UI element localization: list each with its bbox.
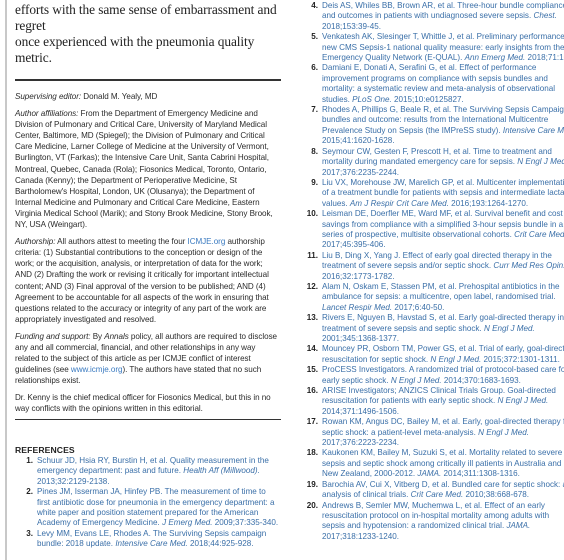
journal-name: Am J Respir Crit Care Med.: [350, 199, 449, 208]
reference-text[interactable]: Deis AS, Whiles BB, Brown AR, et al. Thr…: [322, 1, 564, 32]
journal-name: Lancet Respir Med.: [322, 303, 392, 312]
reference-text[interactable]: Kaukonen KM, Bailey M, Suzuki S, et al. …: [322, 448, 564, 479]
journal-name: Ann Emerg Med.: [465, 53, 526, 62]
journal-name: JAMA.: [506, 521, 530, 530]
reference-item[interactable]: 2.Pines JM, Isserman JA, Hinfey PB. The …: [15, 487, 281, 529]
references-list-left: 1.Schuur JD, Hsia RY, Burstin H, et al. …: [15, 456, 281, 550]
reference-number: 17.: [300, 417, 322, 448]
reference-citation: 2018;44:925-928.: [188, 539, 254, 548]
reference-item[interactable]: 7.Rhodes A, Phillips G, Beale R, et al. …: [300, 105, 564, 147]
right-column: 4.Deis AS, Whiles BB, Brown AR, et al. T…: [300, 0, 564, 542]
journal-name: Intensive Care Med.: [115, 539, 187, 548]
reference-text[interactable]: Mouncey PR, Osborn TM, Power GS, et al. …: [322, 344, 564, 365]
reference-item[interactable]: 16.ARISE Investigators; ANZICS Clinical …: [300, 386, 564, 417]
reference-text[interactable]: ARISE Investigators; ANZICS Clinical Tri…: [322, 386, 564, 417]
reference-number: 12.: [300, 282, 322, 313]
reference-number: 8.: [300, 147, 322, 178]
reference-item[interactable]: 1.Schuur JD, Hsia RY, Burstin H, et al. …: [15, 456, 281, 487]
journal-name: N Engl J Med.: [497, 396, 548, 405]
left-column: efforts with the same sense of embarrass…: [15, 0, 281, 550]
reference-number: 14.: [300, 344, 322, 365]
reference-number: 9.: [300, 178, 322, 209]
reference-text[interactable]: Andrews B, Semler MW, Muchemwa L, et al.…: [322, 501, 564, 543]
reference-number: 13.: [300, 313, 322, 344]
reference-number: 4.: [300, 1, 322, 32]
icmje-link[interactable]: ICMJE.org: [188, 237, 226, 246]
reference-number: 6.: [300, 63, 322, 105]
reference-text[interactable]: Pines JM, Isserman JA, Hinfey PB. The me…: [37, 487, 281, 529]
reference-item[interactable]: 8.Seymour CW, Gesten F, Prescott H, et a…: [300, 147, 564, 178]
icmje-website-link[interactable]: www.icmje.org: [71, 365, 123, 374]
footnote-divider-top: [15, 79, 281, 81]
journal-name: Curr Med Res Opin.: [493, 261, 564, 270]
reference-item[interactable]: 5.Venkatesh AK, Slesinger T, Whittle J, …: [300, 32, 564, 63]
reference-number: 11.: [300, 251, 322, 282]
disclosure-note: Dr. Kenny is the chief medical officer f…: [15, 392, 281, 414]
footnote-divider-bottom: [15, 419, 281, 421]
reference-item[interactable]: 17.Rowan KM, Angus DC, Bailey M, et al. …: [300, 417, 564, 448]
page-left-border: [5, 0, 7, 560]
reference-number: 3.: [15, 529, 37, 550]
reference-number: 1.: [15, 456, 37, 487]
reference-text[interactable]: Rhodes A, Phillips G, Beale R, et al. Th…: [322, 105, 564, 147]
body-paragraph-end: efforts with the same sense of embarrass…: [15, 2, 281, 66]
reference-number: 7.: [300, 105, 322, 147]
journal-name: Intensive Care Med.: [503, 126, 564, 135]
reference-text[interactable]: Liu B, Ding X, Yang J. Effect of early g…: [322, 251, 564, 282]
reference-text[interactable]: Seymour CW, Gesten F, Prescott H, et al.…: [322, 147, 564, 178]
reference-citation: 2009;37:335-340.: [212, 518, 278, 527]
reference-text[interactable]: ProCESS Investigators. A randomized tria…: [322, 365, 564, 386]
reference-item[interactable]: 15.ProCESS Investigators. A randomized t…: [300, 365, 564, 386]
journal-name: Chest.: [533, 11, 556, 20]
body-line-2: once experienced with the pneumonia qual…: [15, 34, 254, 65]
reference-item[interactable]: 4.Deis AS, Whiles BB, Brown AR, et al. T…: [300, 1, 564, 32]
author-affiliations-note: Author affiliations: From the Department…: [15, 108, 281, 230]
reference-number: 19.: [300, 480, 322, 501]
reference-text[interactable]: Alam N, Oskam E, Stassen PM, et al. Preh…: [322, 282, 564, 313]
reference-citation: 2013;32:2129-2138.: [37, 477, 109, 486]
references-heading: REFERENCES: [15, 445, 281, 455]
supervising-editor-value: Donald M. Yealy, MD: [83, 92, 157, 101]
journal-name: N Engl J Med.: [484, 324, 535, 333]
funding-label: Funding and support:: [15, 332, 91, 341]
affiliations-label: Author affiliations:: [15, 109, 78, 118]
journal-name: N Engl J Med.: [430, 355, 481, 364]
reference-text[interactable]: Schuur JD, Hsia RY, Burstin H, et al. Qu…: [37, 456, 281, 487]
affiliations-value: From the Department of Emergency Medicin…: [15, 109, 273, 229]
reference-item[interactable]: 20.Andrews B, Semler MW, Muchemwa L, et …: [300, 501, 564, 543]
journal-name: N Engl J Med.: [517, 157, 564, 166]
authorship-text-pre: All authors attest to meeting the four: [57, 237, 187, 246]
reference-number: 10.: [300, 209, 322, 251]
reference-text[interactable]: Rivers E, Nguyen B, Havstad S, et al. Ea…: [322, 313, 564, 344]
reference-number: 5.: [300, 32, 322, 63]
funding-note: Funding and support: By Annals policy, a…: [15, 331, 281, 386]
journal-name: J Emerg Med.: [162, 518, 212, 527]
journal-name: N Engl J Med.: [478, 428, 529, 437]
journal-name: Health Aff (Millwood).: [183, 466, 260, 475]
authorship-text-post: authorship criteria: (1) Substantial con…: [15, 237, 269, 324]
journal-name: Crit Care Med.: [411, 490, 464, 499]
reference-number: 15.: [300, 365, 322, 386]
reference-text[interactable]: Leisman DE, Doerfler ME, Ward MF, et al.…: [322, 209, 564, 251]
journal-name: N Engl J Med.: [391, 376, 442, 385]
reference-item[interactable]: 18.Kaukonen KM, Bailey M, Suzuki S, et a…: [300, 448, 564, 479]
reference-item[interactable]: 9.Liu VX, Morehouse JW, Marelich GP, et …: [300, 178, 564, 209]
references-list-right: 4.Deis AS, Whiles BB, Brown AR, et al. T…: [300, 1, 564, 542]
reference-text[interactable]: Levy MM, Evans LE, Rhodes A. The Survivi…: [37, 529, 281, 550]
reference-item[interactable]: 11.Liu B, Ding X, Yang J. Effect of earl…: [300, 251, 564, 282]
reference-number: 16.: [300, 386, 322, 417]
annals-italic: Annals: [104, 332, 128, 341]
body-line-1: efforts with the same sense of embarrass…: [15, 2, 277, 33]
article-page: efforts with the same sense of embarrass…: [0, 0, 564, 560]
reference-text[interactable]: Venkatesh AK, Slesinger T, Whittle J, et…: [322, 32, 564, 63]
journal-name: Crit Care Med.: [514, 230, 564, 239]
authorship-note: Authorship: All authors attest to meetin…: [15, 236, 281, 325]
funding-text-pre1: By: [93, 332, 105, 341]
reference-text[interactable]: Barochia AV, Cui X, Vitberg D, et al. Bu…: [322, 480, 564, 501]
supervising-editor-label: Supervising editor:: [15, 92, 81, 101]
reference-item[interactable]: 12.Alam N, Oskam E, Stassen PM, et al. P…: [300, 282, 564, 313]
reference-text[interactable]: Damiani E, Donati A, Serafini G, et al. …: [322, 63, 564, 105]
reference-item[interactable]: 3.Levy MM, Evans LE, Rhodes A. The Survi…: [15, 529, 281, 550]
reference-text[interactable]: Liu VX, Morehouse JW, Marelich GP, et al…: [322, 178, 564, 209]
journal-name: PLoS One.: [352, 95, 392, 104]
reference-item[interactable]: 13.Rivers E, Nguyen B, Havstad S, et al.…: [300, 313, 564, 344]
reference-number: 18.: [300, 448, 322, 479]
reference-item[interactable]: 14.Mouncey PR, Osborn TM, Power GS, et a…: [300, 344, 564, 365]
reference-item[interactable]: 19.Barochia AV, Cui X, Vitberg D, et al.…: [300, 480, 564, 501]
reference-item[interactable]: 6.Damiani E, Donati A, Serafini G, et al…: [300, 63, 564, 105]
supervising-editor-note: Supervising editor: Donald M. Yealy, MD: [15, 91, 281, 102]
journal-name: JAMA.: [417, 469, 441, 478]
authorship-label: Authorship:: [15, 237, 55, 246]
reference-number: 2.: [15, 487, 37, 529]
reference-text[interactable]: Rowan KM, Angus DC, Bailey M, et al. Ear…: [322, 417, 564, 448]
reference-item[interactable]: 10.Leisman DE, Doerfler ME, Ward MF, et …: [300, 209, 564, 251]
reference-number: 20.: [300, 501, 322, 543]
